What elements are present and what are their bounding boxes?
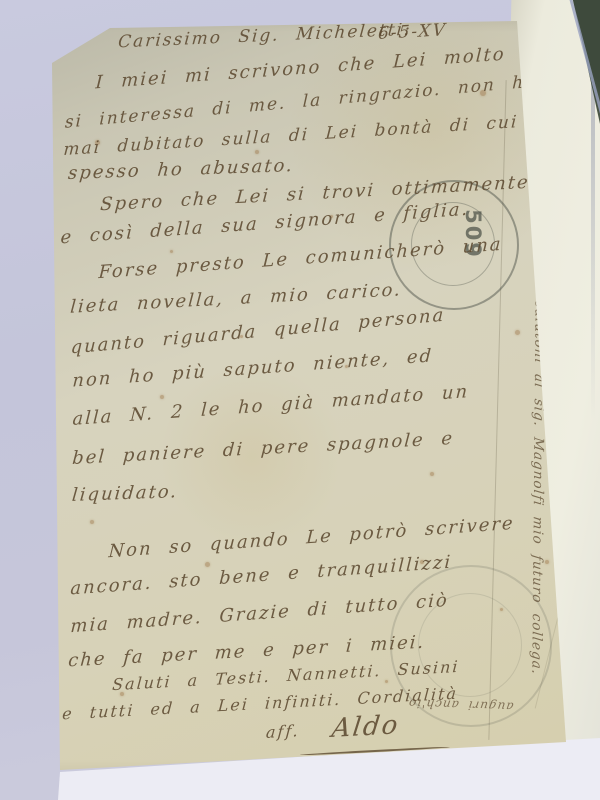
handwriting-line: Non so quando Le potrò scrivere (108, 513, 515, 563)
signature: Aldo (330, 710, 401, 744)
closing-abbrev: aff. (265, 721, 300, 742)
date: 6-5-XV (377, 20, 447, 44)
foxing-spot (255, 150, 259, 154)
foxing-spot (430, 472, 434, 476)
salutation: Carissimo Sig. Micheletti: (117, 20, 412, 53)
handwriting-line: bel paniere di pere spagnole e (72, 428, 455, 469)
photo-of-letter: 509 Carissimo Sig. Micheletti: 6-5-XV I … (0, 0, 600, 800)
foxing-spot (170, 250, 173, 253)
foxing-spot (385, 680, 388, 683)
handwriting-line: liquidato. (71, 481, 179, 506)
foxing-spot (545, 560, 549, 564)
postcard: 509 Carissimo Sig. Micheletti: 6-5-XV I … (0, 0, 600, 800)
foxing-spot (515, 330, 520, 335)
foxing-spot (205, 562, 210, 567)
handwriting-line: alla N. 2 le ho già mandato un (72, 381, 470, 430)
foxing-spot (160, 395, 164, 399)
handwriting-line: spesso ho abusato. (67, 155, 295, 184)
foxing-spot (90, 520, 94, 524)
